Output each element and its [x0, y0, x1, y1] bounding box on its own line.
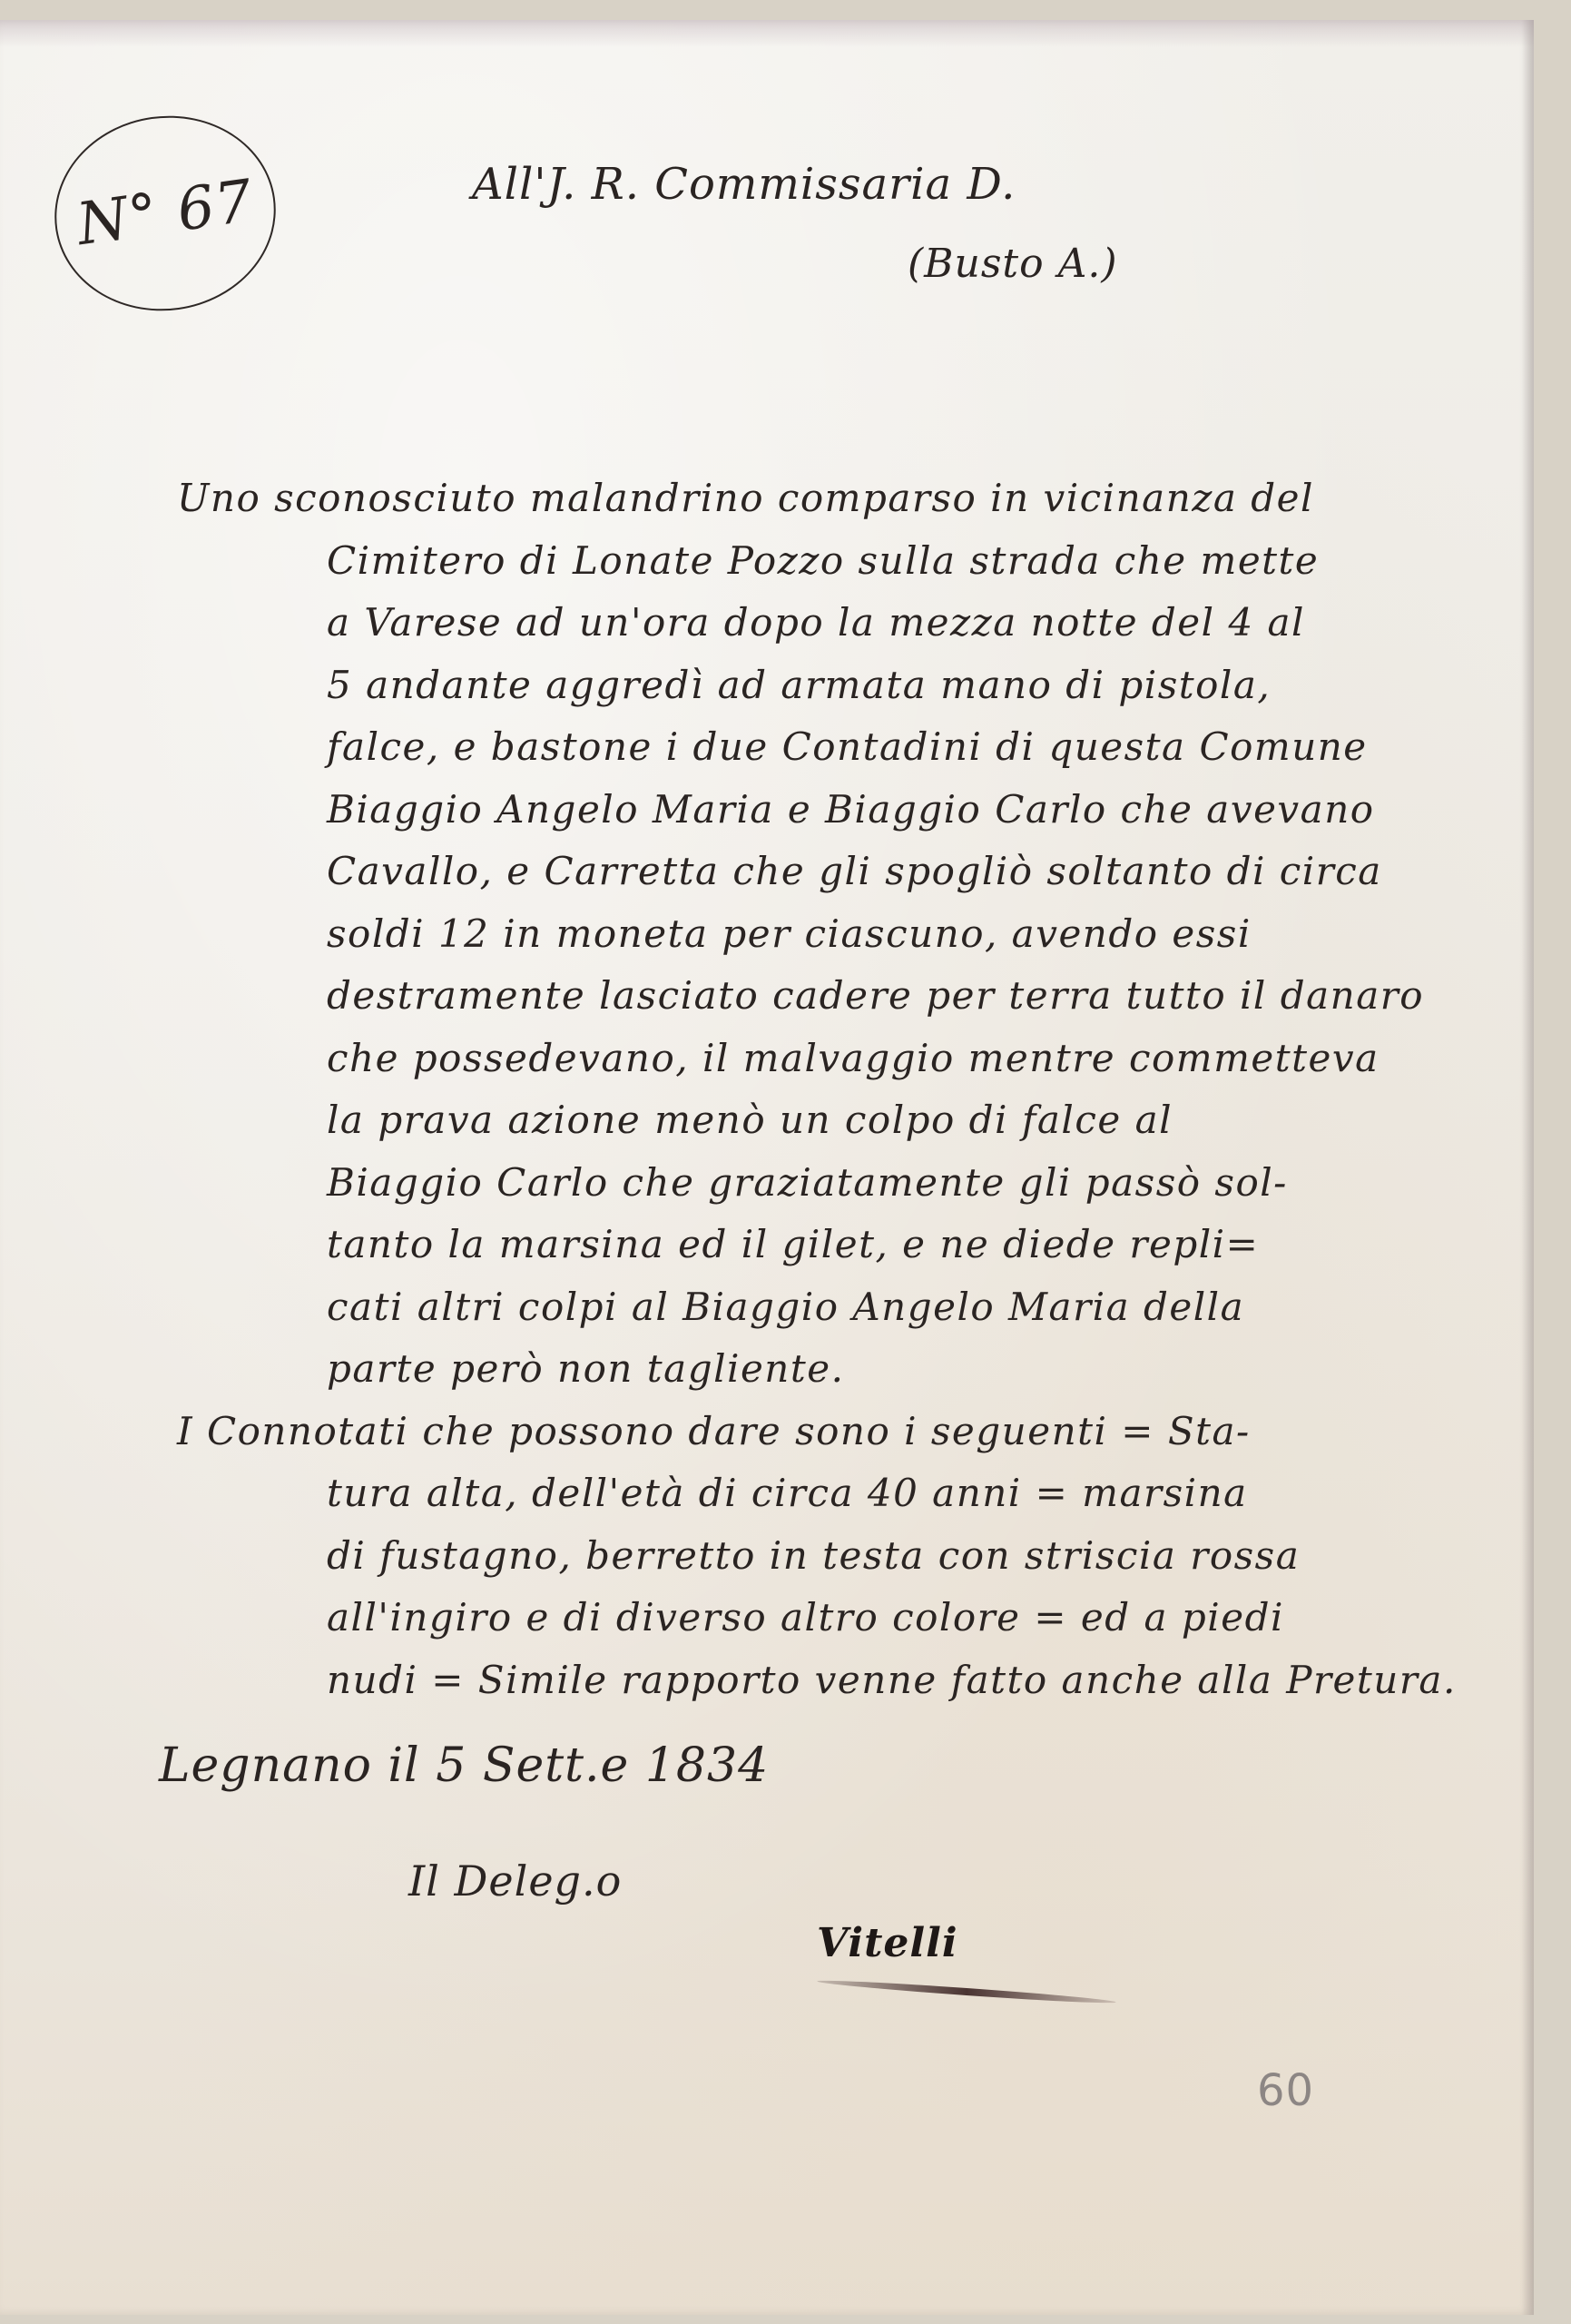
body-line: tanto la marsina ed il gilet, e ne diede…	[327, 1214, 1493, 1276]
body-line: falce, e bastone i due Contadini di ques…	[327, 716, 1493, 779]
body-line: all'ingiro e di diverso altro colore = e…	[327, 1587, 1493, 1649]
folio-number: 60	[1257, 2065, 1314, 2116]
addressee: All'J. R. Commissaria D.	[472, 159, 1016, 210]
body-line: la prava azione menò un colpo di falce a…	[327, 1089, 1493, 1152]
addressee-location: (Busto A.)	[908, 241, 1118, 287]
body-line: soldi 12 in moneta per ciascuno, avendo …	[327, 903, 1493, 966]
body-line: tura alta, dell'età di circa 40 anni = m…	[327, 1462, 1493, 1525]
signature: Vitelli	[817, 1920, 958, 1966]
body-line: destramente lasciato cadere per terra tu…	[327, 965, 1493, 1028]
body-line: Uno sconosciuto malandrino comparso in v…	[177, 468, 1493, 530]
place-and-date: Legnano il 5 Sett.e 1834	[159, 1738, 769, 1793]
body-line: di fustagno, berretto in testa con stris…	[327, 1525, 1493, 1588]
body-line: Biaggio Angelo Maria e Biaggio Carlo che…	[327, 779, 1493, 842]
body-line: che possedevano, il malvaggio mentre com…	[327, 1028, 1493, 1090]
report-body: Uno sconosciuto malandrino comparso in v…	[177, 468, 1493, 1711]
signature-title: Il Deleg.o	[408, 1856, 622, 1905]
body-line: a Varese ad un'ora dopo la mezza notte d…	[327, 592, 1493, 655]
torn-top-edge	[0, 20, 1534, 47]
body-line: Cavallo, e Carretta che gli spogliò solt…	[327, 841, 1493, 903]
torn-right-edge	[1521, 20, 1534, 2315]
body-line: Cimitero di Lonate Pozzo sulla strada ch…	[327, 530, 1493, 593]
body-line: Biaggio Carlo che graziatamente gli pass…	[327, 1152, 1493, 1215]
body-line: nudi = Simile rapporto venne fatto anche…	[327, 1649, 1493, 1712]
body-line: parte però non tagliente.	[327, 1338, 1493, 1401]
protocol-number: N° 67	[73, 168, 257, 259]
body-line: cati altri colpi al Biaggio Angelo Maria…	[327, 1276, 1493, 1339]
body-line: I Connotati che possono dare sono i segu…	[177, 1401, 1493, 1463]
body-line: 5 andante aggredì ad armata mano di pist…	[327, 655, 1493, 717]
